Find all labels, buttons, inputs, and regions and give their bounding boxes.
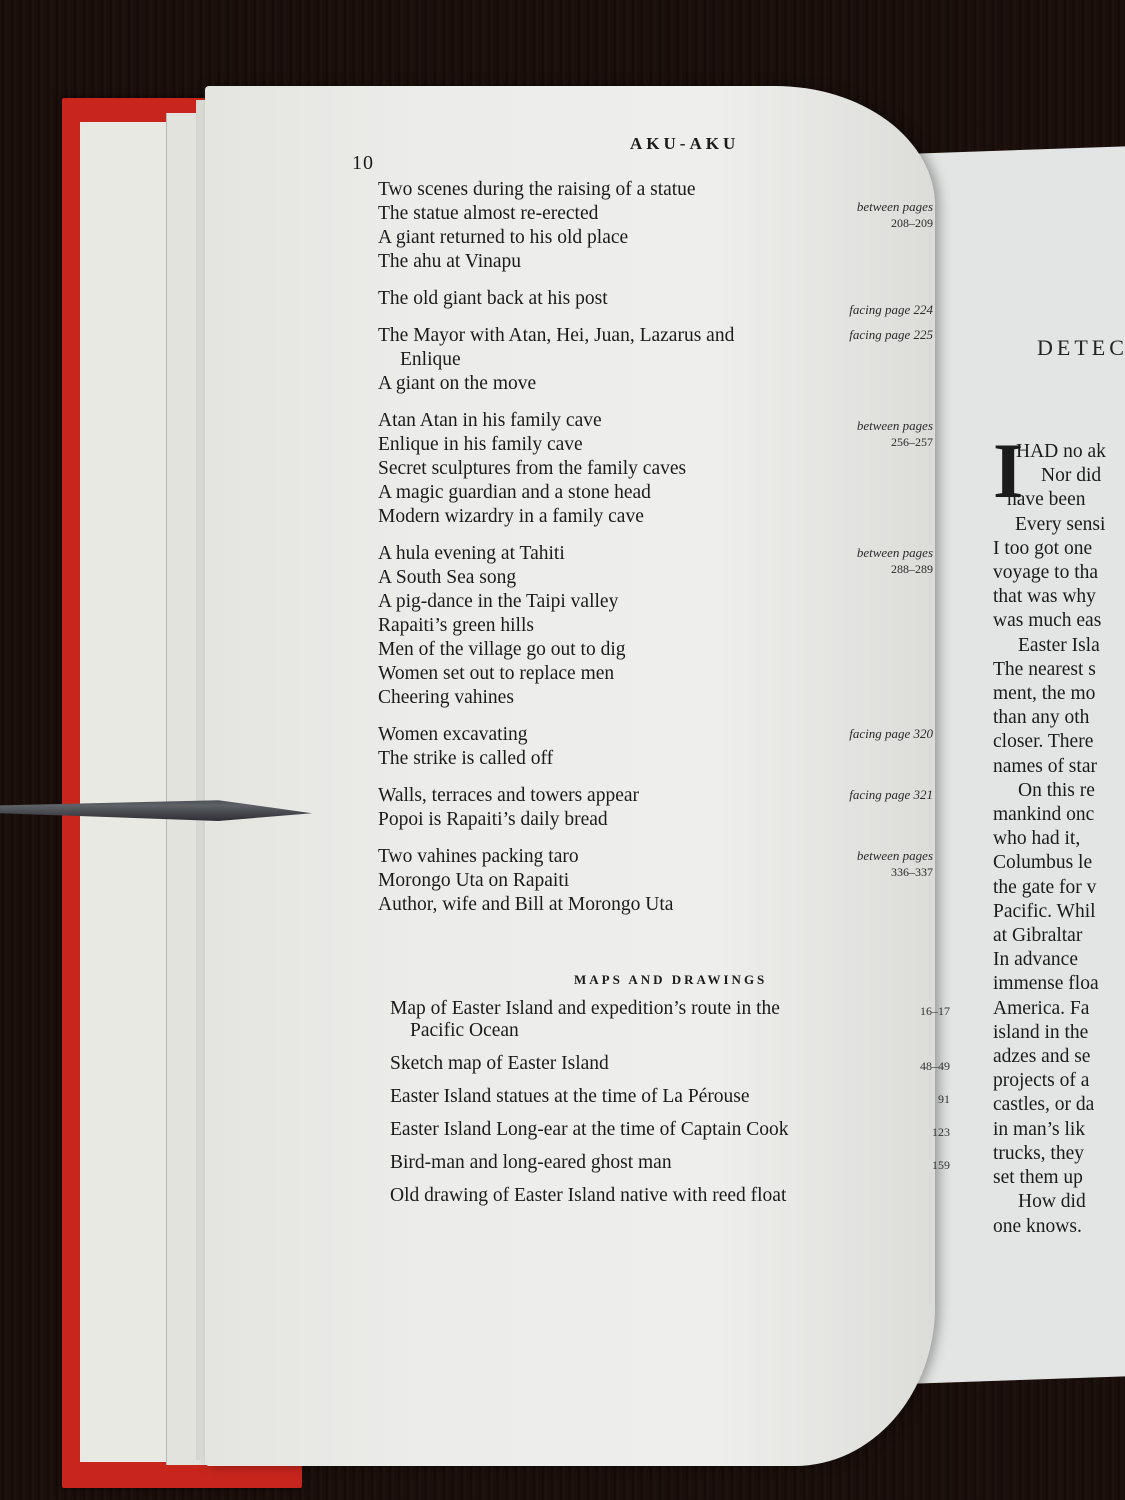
illustrations-list: Two scenes during the raising of a statu… xyxy=(378,178,933,930)
page-number-ref: 91 xyxy=(938,1088,950,1110)
list-item: Author, wife and Bill at Morongo Uta xyxy=(378,893,933,917)
list-item: A giant on the move xyxy=(378,372,933,396)
page-reference: facing page 225 xyxy=(849,326,933,343)
list-item: Sketch map of Easter Island 48–49 xyxy=(390,1053,950,1075)
list-item: Men of the village go out to dig xyxy=(378,638,933,662)
page-reference: facing page 224 xyxy=(849,301,933,318)
list-group: Atan Atan in his family cave Enlique in … xyxy=(378,409,933,529)
page-reference: between pages 256–257 xyxy=(857,417,933,451)
page-reference: between pages 208–209 xyxy=(857,198,933,232)
section-heading-maps: MAPS AND DRAWINGS xyxy=(574,972,767,988)
list-item: Women set out to replace men xyxy=(378,662,933,686)
list-item: Two scenes during the raising of a statu… xyxy=(378,178,933,202)
list-item: Modern wizardry in a family cave xyxy=(378,505,933,529)
list-item: Cheering vahines xyxy=(378,686,933,710)
list-item: Secret sculptures from the family caves xyxy=(378,457,933,481)
list-item: The strike is called off xyxy=(378,747,933,771)
list-item: The statue almost re-erected xyxy=(378,202,933,226)
list-item: Morongo Uta on Rapaiti xyxy=(378,869,933,893)
list-group: Walls, terraces and towers appear Popoi … xyxy=(378,784,933,832)
list-item: Popoi is Rapaiti’s daily bread xyxy=(378,808,933,832)
list-group: Two scenes during the raising of a statu… xyxy=(378,178,933,274)
list-item: Easter Island statues at the time of La … xyxy=(390,1086,950,1108)
list-item: The ahu at Vinapu xyxy=(378,250,933,274)
list-item: A magic guardian and a stone head xyxy=(378,481,933,505)
list-item: Map of Easter Island and expedition’s ro… xyxy=(390,998,950,1042)
page-number-ref: 16–17 xyxy=(920,1000,950,1022)
running-head: AKU-AKU xyxy=(630,134,739,154)
page-number-ref: 159 xyxy=(932,1154,950,1176)
list-item: Two vahines packing taro xyxy=(378,845,933,869)
list-item: Easter Island Long-ear at the time of Ca… xyxy=(390,1119,950,1141)
list-item: Atan Atan in his family cave xyxy=(378,409,933,433)
list-item: A giant returned to his old place xyxy=(378,226,933,250)
page-number-ref: 48–49 xyxy=(920,1055,950,1077)
page-reference: facing page 321 xyxy=(849,786,933,803)
page-number: 10 xyxy=(352,152,374,175)
page-reference: facing page 320 xyxy=(849,725,933,742)
page-reference: between pages 288–289 xyxy=(857,544,933,578)
page-number-ref: 123 xyxy=(932,1121,950,1143)
list-item: Enlique in his family cave xyxy=(378,433,933,457)
list-item: A pig-dance in the Taipi valley xyxy=(378,590,933,614)
list-group: Two vahines packing taro Morongo Uta on … xyxy=(378,845,933,917)
list-group: A hula evening at Tahiti A South Sea son… xyxy=(378,542,933,710)
list-item: A hula evening at Tahiti xyxy=(378,542,933,566)
list-item: A South Sea song xyxy=(378,566,933,590)
list-item: Bird-man and long-eared ghost man 159 xyxy=(390,1152,950,1174)
body-text: HAD no ak Nor did have been Every sensi … xyxy=(993,330,1125,1239)
endpaper xyxy=(80,122,170,1462)
list-group: The old giant back at his post facing pa… xyxy=(378,287,933,311)
list-item: Rapaiti’s green hills xyxy=(378,614,933,638)
list-item: Old drawing of Easter Island native with… xyxy=(390,1185,950,1207)
list-group: Women excavating The strike is called of… xyxy=(378,723,933,771)
maps-list: Map of Easter Island and expedition’s ro… xyxy=(390,998,950,1218)
list-group: The Mayor with Atan, Hei, Juan, Lazarus … xyxy=(378,324,933,396)
list-item-continuation: Enlique xyxy=(378,348,933,372)
page-reference: between pages 336–337 xyxy=(857,847,933,881)
